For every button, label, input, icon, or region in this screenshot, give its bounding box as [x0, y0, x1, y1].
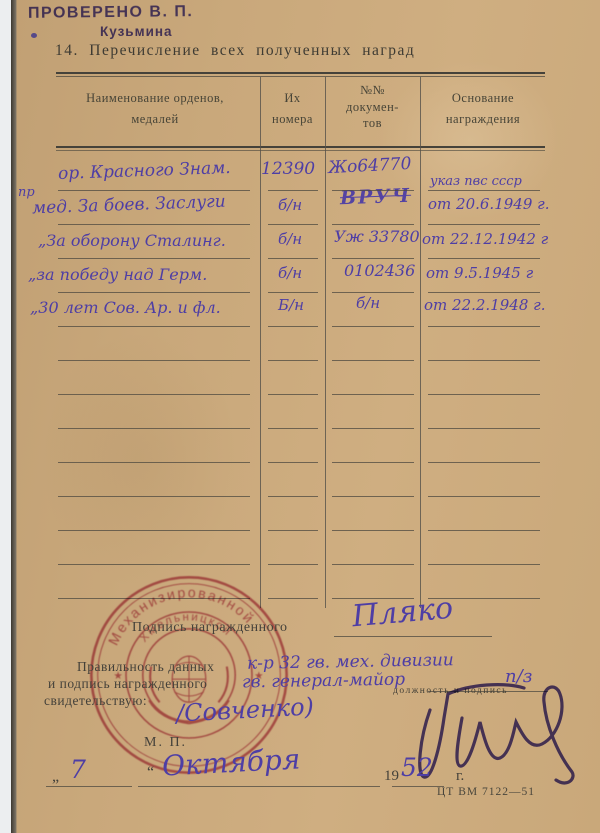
header-line: медалей — [55, 109, 255, 130]
header-bottom-rule — [56, 146, 545, 148]
award-row-4-basis: от 9.5.1945 г — [426, 264, 533, 282]
award-row-4-doc: 0102436 — [344, 261, 415, 280]
table-row-rule — [268, 530, 318, 531]
certify-line1: Правильность данных — [77, 659, 214, 675]
table-row-rule — [58, 292, 250, 293]
table-row-rule — [268, 428, 318, 429]
header-basis: Основание награждения — [420, 88, 546, 130]
table-row-rule — [428, 190, 540, 191]
scan-edge-white — [0, 0, 11, 833]
table-top-rule — [56, 72, 545, 74]
scan-edge-shadow — [11, 0, 17, 833]
date-open-quote: „ — [52, 768, 59, 786]
table-row-rule — [268, 394, 318, 395]
table-row-rule — [58, 258, 250, 259]
table-row-rule — [332, 496, 414, 497]
date-year-prefix: 19 — [384, 768, 399, 785]
table-row-rule — [58, 326, 250, 327]
table-row-rule — [268, 564, 318, 565]
header-line: №№ — [325, 82, 420, 99]
awardee-signature-label: Подпись награжденного — [132, 620, 287, 636]
table-row-rule — [268, 462, 318, 463]
column-divider — [260, 77, 261, 608]
margin-note: пр — [18, 185, 35, 200]
table-row-rule — [332, 394, 414, 395]
table-row-rule — [58, 394, 250, 395]
column-divider — [420, 77, 421, 608]
table-row-rule — [428, 224, 540, 225]
header-award-name: Наименование орденов, медалей — [55, 88, 255, 130]
header-line: Их — [260, 88, 325, 109]
table-row-rule — [332, 462, 414, 463]
award-row-3-doc: Уж 33780 — [334, 227, 420, 246]
table-row-rule — [58, 360, 250, 361]
date-year-suffix: г. — [456, 768, 464, 785]
date-rule — [46, 786, 132, 787]
table-row-rule — [332, 564, 414, 565]
header-line: тов — [325, 115, 420, 132]
table-row-rule — [428, 292, 540, 293]
table-row-rule — [332, 326, 414, 327]
form-code: ЦТ ВМ 7122—51 — [437, 786, 535, 798]
table-row-rule — [428, 326, 540, 327]
table-row-rule — [428, 428, 540, 429]
table-row-rule — [428, 530, 540, 531]
table-row-rule — [428, 564, 540, 565]
header-numbers: Их номера — [260, 88, 325, 130]
header-line: награждения — [420, 109, 546, 130]
date-day: 7 — [70, 755, 86, 784]
award-row-1-number: 12390 — [261, 159, 315, 179]
award-row-1-basis: указ пвс ссср — [430, 174, 522, 189]
award-row-4-number: б/н — [278, 264, 302, 282]
award-row-5-doc: б/н — [356, 294, 380, 312]
table-row-rule — [58, 428, 250, 429]
certify-line3: свидетельствую: — [44, 693, 147, 709]
table-row-rule — [428, 394, 540, 395]
date-year: 52 — [401, 753, 433, 782]
award-row-2-number: б/н — [278, 196, 302, 214]
certify-line2: и подпись награжденного — [48, 676, 207, 692]
table-row-rule — [332, 258, 414, 259]
table-row-rule — [428, 462, 540, 463]
certifier-rank: гв. генерал-майор — [242, 670, 405, 693]
table-row-rule — [268, 292, 318, 293]
award-row-3-basis: от 22.12.1942 г — [422, 230, 548, 248]
table-row-rule — [58, 462, 250, 463]
table-row-rule — [428, 360, 540, 361]
verification-stamp-line2: Кузьмина — [100, 24, 173, 39]
column-divider — [325, 77, 326, 608]
table-row-rule — [58, 564, 250, 565]
signature-rule — [334, 636, 492, 637]
table-top-rule2 — [56, 76, 545, 77]
header-bottom-rule2 — [56, 150, 545, 151]
table-row-rule — [332, 224, 414, 225]
header-line: номера — [260, 109, 325, 130]
award-row-5-basis: от 22.2.1948 г. — [424, 296, 545, 314]
table-row-rule — [268, 496, 318, 497]
paper-stain — [40, 330, 240, 590]
table-row-rule — [268, 258, 318, 259]
date-rule — [138, 786, 380, 787]
award-row-2-doc: ВРУЧ — [340, 185, 412, 209]
table-row-rule — [332, 428, 414, 429]
table-row-rule — [428, 258, 540, 259]
table-row-rule — [58, 190, 250, 191]
award-row-5-number: Б/н — [278, 296, 304, 314]
award-row-5-name: „30 лет Сов. Ар. и фл. — [30, 298, 221, 317]
award-row-3-number: б/н — [278, 230, 302, 248]
table-row-rule — [268, 326, 318, 327]
table-row-rule — [58, 530, 250, 531]
table-row-rule — [428, 496, 540, 497]
header-line: Наименование орденов, — [55, 88, 255, 109]
verification-stamp-line1: ПРОВЕРЕНО В. П. — [28, 3, 193, 23]
header-line: Основание — [420, 88, 546, 109]
table-row-rule — [268, 190, 318, 191]
award-row-2-basis: от 20.6.1949 г. — [428, 195, 549, 213]
table-row-rule — [58, 224, 250, 225]
table-row-rule — [332, 190, 414, 191]
ink-dot — [31, 33, 37, 38]
table-row-rule — [332, 292, 414, 293]
award-row-4-name: „за победу над Герм. — [28, 265, 207, 284]
header-documents: №№ докумен- тов — [325, 82, 420, 132]
table-row-rule — [58, 496, 250, 497]
award-row-3-name: „За оборону Сталинг. — [38, 231, 226, 250]
table-row-rule — [332, 360, 414, 361]
table-row-rule — [332, 530, 414, 531]
date-close-quote: “ — [147, 764, 154, 782]
certifier-signature-flourish — [408, 678, 588, 798]
table-row-rule — [268, 360, 318, 361]
header-line: докумен- — [325, 99, 420, 116]
table-row-rule — [268, 224, 318, 225]
section-title: 14. Перечисление всех полученных наград — [55, 42, 415, 60]
